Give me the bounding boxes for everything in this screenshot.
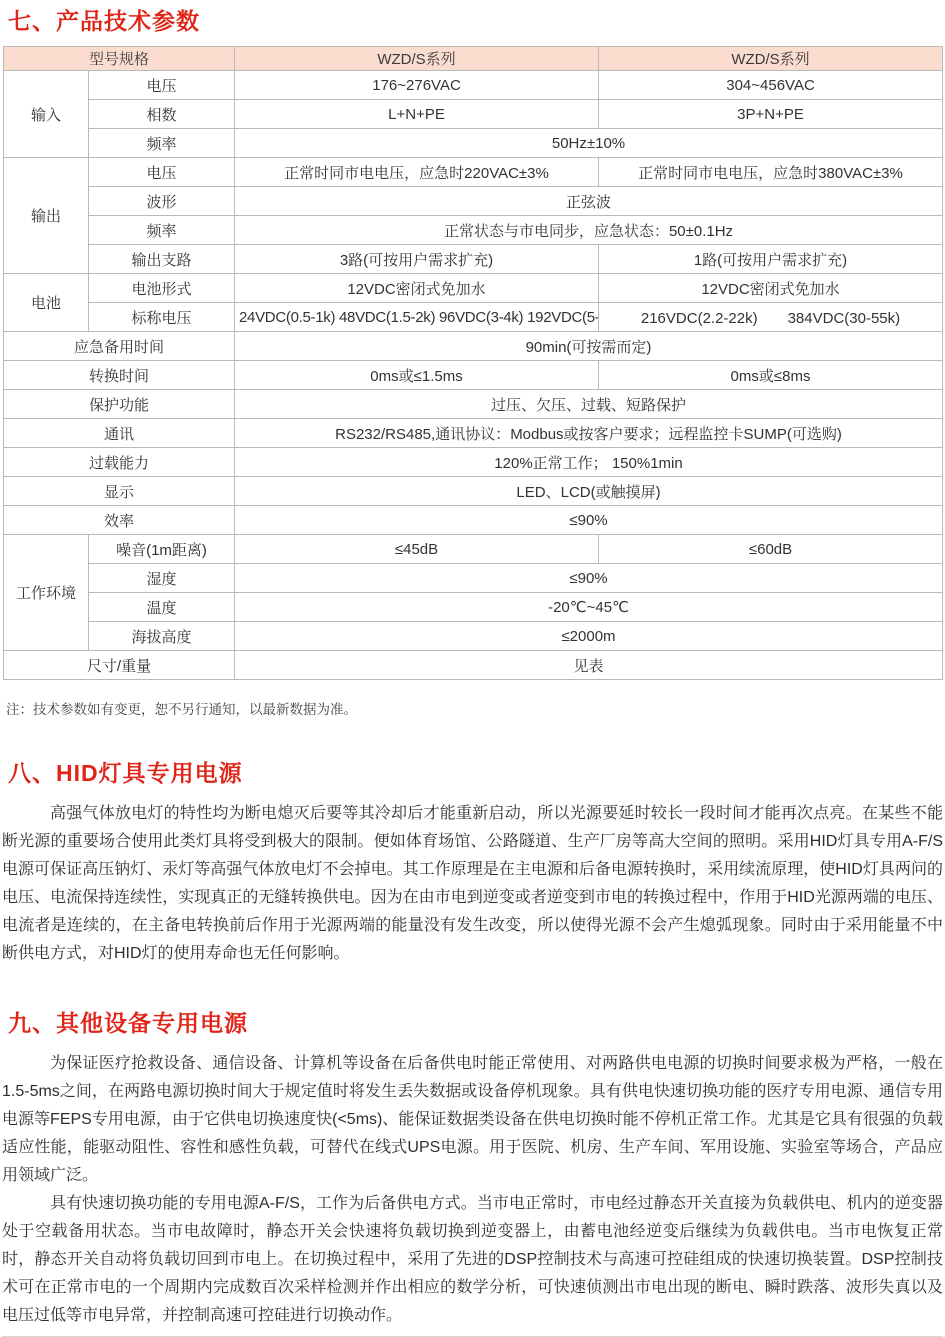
row-input-voltage: 输入 电压 176~276VAC 304~456VAC (4, 71, 943, 100)
row-temperature: 温度 -20℃~45℃ (4, 593, 943, 622)
value-cell-span: 90min(可按需而定) (235, 332, 943, 361)
row-label: 海拔高度 (89, 622, 235, 651)
value-cell: 1路(可按用户需求扩充) (599, 245, 943, 274)
row-label: 标称电压 (89, 303, 235, 332)
row-output-voltage: 输出 电压 正常时同市电电压，应急时220VAC±3% 正常时同市电电压，应急时… (4, 158, 943, 187)
value-cell: ≤60dB (599, 535, 943, 564)
row-label: 相数 (89, 100, 235, 129)
specs-table: 型号规格 WZD/S系列 WZD/S系列 输入 电压 176~276VAC 30… (3, 46, 943, 680)
row-label: 电池形式 (89, 274, 235, 303)
value-cell-span: -20℃~45℃ (235, 593, 943, 622)
row-label: 转换时间 (4, 361, 235, 390)
row-label: 显示 (4, 477, 235, 506)
row-battery-type: 电池 电池形式 12VDC密闭式免加水 12VDC密闭式免加水 (4, 274, 943, 303)
row-label: 尺寸/重量 (4, 651, 235, 680)
row-battery-voltage: 标称电压 24VDC(0.5-1k) 48VDC(1.5-2k) 96VDC(3… (4, 303, 943, 332)
row-noise: 工作环境 噪音(1m距离) ≤45dB ≤60dB (4, 535, 943, 564)
row-input-phase: 相数 L+N+PE 3P+N+PE (4, 100, 943, 129)
row-label: 输出支路 (89, 245, 235, 274)
value-cell-span: 过压、欠压、过载、短路保护 (235, 390, 943, 419)
value-cell: 正常时同市电电压，应急时220VAC±3% (235, 158, 599, 187)
value-cell-span: 120%正常工作； 150%1min (235, 448, 943, 477)
row-label: 电压 (89, 71, 235, 100)
row-backup-time: 应急备用时间 90min(可按需而定) (4, 332, 943, 361)
section8-paragraph: 高强气体放电灯的特性均为断电熄灭后要等其冷却后才能重新启动，所以光源要延时较长一… (2, 800, 943, 968)
value-cell-span: LED、LCD(或触摸屏) (235, 477, 943, 506)
row-input-frequency: 频率 50Hz±10% (4, 129, 943, 158)
row-communication: 通讯 RS232/RS485,通讯协议：Modbus或按客户要求；远程监控卡SU… (4, 419, 943, 448)
row-label: 频率 (89, 129, 235, 158)
row-efficiency: 效率 ≤90% (4, 506, 943, 535)
value-cell: 0ms或≤1.5ms (235, 361, 599, 390)
group-label-output: 输出 (4, 158, 89, 274)
value-cell: 3P+N+PE (599, 100, 943, 129)
value-cell-span: RS232/RS485,通讯协议：Modbus或按客户要求；远程监控卡SUMP(… (235, 419, 943, 448)
row-label: 通讯 (4, 419, 235, 448)
value-cell-span: 正弦波 (235, 187, 943, 216)
section8-heading: 八、HID灯具专用电源 (8, 758, 943, 788)
row-label: 噪音(1m距离) (89, 535, 235, 564)
value-cell: 12VDC密闭式免加水 (235, 274, 599, 303)
value-cell: 正常时同市电电压，应急时380VAC±3% (599, 158, 943, 187)
group-label-input: 输入 (4, 71, 89, 158)
table-header-row: 型号规格 WZD/S系列 WZD/S系列 (4, 47, 943, 71)
group-label-battery: 电池 (4, 274, 89, 332)
header-series-b: WZD/S系列 (599, 47, 943, 71)
row-label: 湿度 (89, 564, 235, 593)
row-humidity: 湿度 ≤90% (4, 564, 943, 593)
row-label: 效率 (4, 506, 235, 535)
row-output-waveform: 波形 正弦波 (4, 187, 943, 216)
row-label: 频率 (89, 216, 235, 245)
group-label-environment: 工作环境 (4, 535, 89, 651)
row-label: 应急备用时间 (4, 332, 235, 361)
row-label: 波形 (89, 187, 235, 216)
row-label: 保护功能 (4, 390, 235, 419)
value-cell: ≤45dB (235, 535, 599, 564)
row-output-frequency: 频率 正常状态与市电同步，应急状态：50±0.1Hz (4, 216, 943, 245)
row-altitude: 海拔高度 ≤2000m (4, 622, 943, 651)
header-series-a: WZD/S系列 (235, 47, 599, 71)
row-label: 过载能力 (4, 448, 235, 477)
section7-heading: 七、产品技术参数 (8, 6, 943, 36)
value-cell-span: ≤2000m (235, 622, 943, 651)
value-cell: L+N+PE (235, 100, 599, 129)
section9-paragraph-1: 为保证医疗抢救设备、通信设备、计算机等设备在后备供电时能正常使用、对两路供电电源… (2, 1050, 943, 1190)
row-protection: 保护功能 过压、欠压、过载、短路保护 (4, 390, 943, 419)
value-cell: 176~276VAC (235, 71, 599, 100)
value-cell-span: 正常状态与市电同步，应急状态：50±0.1Hz (235, 216, 943, 245)
row-dimensions: 尺寸/重量 见表 (4, 651, 943, 680)
value-cell: 24VDC(0.5-1k) 48VDC(1.5-2k) 96VDC(3-4k) … (235, 303, 599, 332)
value-cell: 12VDC密闭式免加水 (599, 274, 943, 303)
value-cell-span: 50Hz±10% (235, 129, 943, 158)
value-cell-span: ≤90% (235, 564, 943, 593)
row-output-branches: 输出支路 3路(可按用户需求扩充) 1路(可按用户需求扩充) (4, 245, 943, 274)
section9-heading: 九、其他设备专用电源 (8, 1008, 943, 1038)
value-cell: 0ms或≤8ms (599, 361, 943, 390)
row-display: 显示 LED、LCD(或触摸屏) (4, 477, 943, 506)
row-overload: 过载能力 120%正常工作； 150%1min (4, 448, 943, 477)
value-cell: 304~456VAC (599, 71, 943, 100)
row-transfer-time: 转换时间 0ms或≤1.5ms 0ms或≤8ms (4, 361, 943, 390)
section9-paragraph-2: 具有快速切换功能的专用电源A-F/S，工作为后备供电方式。当市电正常时，市电经过… (2, 1190, 943, 1330)
value-cell: 3路(可按用户需求扩充) (235, 245, 599, 274)
table-note: 注：技术参数如有变更，恕不另行通知，以最新数据为准。 (6, 698, 943, 718)
header-spec: 型号规格 (4, 47, 235, 71)
value-cell: 216VDC(2.2-22k) 384VDC(30-55k) (599, 303, 943, 332)
value-cell-span: 见表 (235, 651, 943, 680)
value-cell-span: ≤90% (235, 506, 943, 535)
row-label: 温度 (89, 593, 235, 622)
document-page: 七、产品技术参数 型号规格 WZD/S系列 WZD/S系列 输入 电压 176~… (0, 0, 945, 1337)
row-label: 电压 (89, 158, 235, 187)
